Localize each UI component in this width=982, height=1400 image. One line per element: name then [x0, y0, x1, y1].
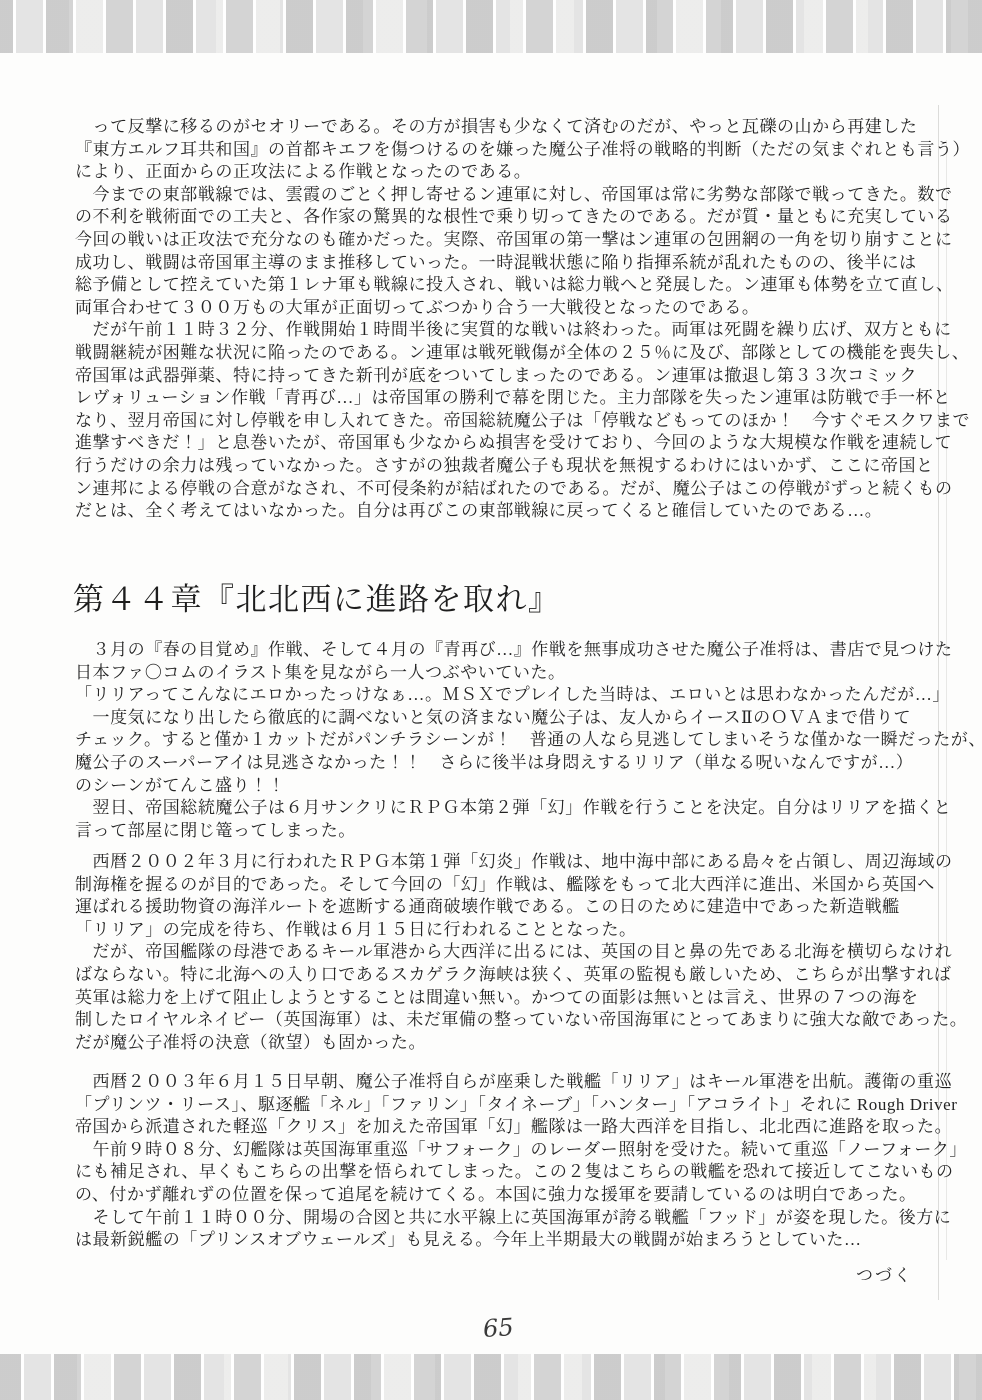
text-line: 今までの東部戦線では、雲霞のごとく押し寄せるン連軍に対し、帝国軍は常に劣勢な部隊…	[75, 184, 935, 207]
text-line: チェック。すると僅か１カットだがパンチラシーンが！ 普通の人なら見逃してしまいそ…	[75, 729, 935, 752]
text-line: 言って部屋に閉じ篭ってしまった。	[75, 820, 935, 843]
text-line: 翌日、帝国総統魔公子は６月サンクリにＲＰＧ本第２弾「幻」作戦を行うことを決定。自…	[75, 797, 935, 820]
top-border-pattern	[0, 0, 982, 53]
text-line: 日本ファ〇コムのイラスト集を見ながら一人つぶやいていた。	[75, 662, 935, 685]
text-line: 両軍合わせて３００万もの大軍が正面切ってぶつかり合う一大戦役となったのである。	[75, 297, 935, 320]
text-line: そして午前１１時００分、開場の合図と共に水平線上に英国海軍が誇る戦艦「フッド」が…	[75, 1207, 935, 1230]
text-line: にも補足され、早くもこちらの出撃を悟られてしまった。この２隻はこちらの戦艦を恐れ…	[75, 1161, 935, 1184]
text-line: 「リリア」の完成を待ち、作戦は６月１５日に行われることとなった。	[75, 919, 935, 942]
text-line: 一度気になり出したら徹底的に調べないと気の済まない魔公子は、友人からイースⅡのＯ…	[75, 707, 935, 730]
text-line: 魔公子のスーパーアイは見逃さなかった！！ さらに後半は身悶えするリリア（単なる呪…	[75, 752, 935, 775]
text-line: 行うだけの余力は残っていなかった。さすがの独裁者魔公子も現状を無視するわけにはい…	[75, 455, 935, 478]
text-line: 英軍は総力を上げて阻止しようとすることは間違い無い。かつての面影は無いとは言え、…	[75, 987, 935, 1010]
text-line: 制したロイヤルネイビー（英国海軍）は、未だ軍備の整っていない帝国海軍にとってあま…	[75, 1009, 935, 1032]
text-line: だが魔公子准将の決意（欲望）も固かった。	[75, 1032, 935, 1055]
body-text-block-3: 西暦２００２年３月に行われたＲＰＧ本第１弾「幻炎」作戦は、地中海中部にある島々を…	[75, 851, 935, 1054]
body-text-block-4: 西暦２００３年６月１５日早朝、魔公子准将自らが座乗した戦艦「リリア」はキール軍港…	[75, 1071, 935, 1252]
text-line: の、付かず離れずの位置を保って追尾を続けてくる。本国に強力な援軍を要請しているの…	[75, 1184, 935, 1207]
text-line: なり、翌月帝国に対し停戦を申し入れてきた。帝国総統魔公子は「停戦などもってのほか…	[75, 410, 935, 433]
text-line: って反撃に移るのがセオリーである。その方が損害も少なくて済むのだが、やっと瓦礫の…	[75, 116, 935, 139]
chapter-heading: 第４４章『北北西に進路を取れ』	[73, 574, 561, 619]
text-line: レヴォリューション作戦「青再び…」は帝国軍の勝利で幕を閉じた。主力部隊を失ったン…	[75, 387, 935, 410]
text-line: により、正面からの正攻法による作戦となったのである。	[75, 161, 935, 184]
text-line: 総予備として控えていた第１レナ軍も戦線に投入され、戦いは総力戦へと発展した。ン連…	[75, 274, 935, 297]
text-line: ３月の『春の目覚め』作戦、そして４月の『青再び…』作戦を無事成功させた魔公子准将…	[75, 639, 935, 662]
text-line: だとは、全く考えてはいなかった。自分は再びこの東部戦線に戻ってくると確信していた…	[75, 500, 935, 523]
text-line: 「リリアってこんなにエロかったっけなぁ…。ＭＳＸでプレイした当時は、エロいとは思…	[75, 684, 935, 707]
text-line: 西暦２００３年６月１５日早朝、魔公子准将自らが座乗した戦艦「リリア」はキール軍港…	[75, 1071, 935, 1094]
page-number: 65	[482, 1313, 514, 1343]
text-line: 今回の戦いは正攻法で充分なのも確かだった。実際、帝国軍の第一撃はン連軍の包囲網の…	[75, 229, 935, 252]
text-line: 成功し、戦闘は帝国軍主導のまま推移していった。一時混戦状態に陥り指揮系統が乱れた…	[75, 252, 935, 275]
text-line: 進撃すべきだ！」と息巻いたが、帝国軍も少なからぬ損害を受けており、今回のような大…	[75, 432, 935, 455]
text-line: 帝国軍は武器弾薬、特に持ってきた新刊が底をついてしまったのである。ン連軍は撤退し…	[75, 365, 935, 388]
text-line: 戦闘継続が困難な状況に陥ったのである。ン連軍は戦死戦傷が全体の２５％に及び、部隊…	[75, 342, 935, 365]
text-line: の不利を戦術面での工夫と、各作家の驚異的な根性で乗り切ってきたのである。だが質・…	[75, 206, 935, 229]
text-line: 西暦２００２年３月に行われたＲＰＧ本第１弾「幻炎」作戦は、地中海中部にある島々を…	[75, 851, 935, 874]
continuation-mark: つづく	[856, 1261, 913, 1286]
text-line: だが、帝国艦隊の母港であるキール軍港から大西洋に出るには、英国の目と鼻の先である…	[75, 941, 935, 964]
text-line: 制海権を握るのが目的であった。そして今回の「幻」作戦は、艦隊をもって北大西洋に進…	[75, 874, 935, 897]
text-line: のシーンがてんこ盛り！！	[75, 775, 935, 798]
text-line: 「プリンツ・リース」、駆逐艦「ネル」「ファリン」「タイネーブ」「ハンター」「アコ…	[75, 1094, 935, 1117]
text-line: 午前９時０８分、幻艦隊は英国海軍重巡「サフォーク」のレーダー照射を受けた。続いて…	[75, 1139, 935, 1162]
text-line: 運ばれる援助物資の海洋ルートを遮断する通商破壊作戦である。この日のために建造中で…	[75, 896, 935, 919]
body-text-block-2: ３月の『春の目覚め』作戦、そして４月の『青再び…』作戦を無事成功させた魔公子准将…	[75, 639, 935, 842]
text-line: ばならない。特に北海への入り口であるスカゲラク海峡は狭く、英軍の監視も厳しいため…	[75, 964, 935, 987]
text-line: 『東方エルフ耳共和国』の首都キエフを傷つけるのを嫌った魔公子准将の戦略的判断（た…	[75, 139, 935, 162]
text-line: だが午前１１時３２分、作戦開始１時間半後に実質的な戦いは終わった。両軍は死闘を繰…	[75, 319, 935, 342]
text-line: ン連邦による停戦の合意がなされ、不可侵条約が結ばれたのである。だが、魔公子はこの…	[75, 478, 935, 501]
text-line: は最新鋭艦の「プリンスオブウェールズ」も見える。今年上半期最大の戦闘が始まろうと…	[75, 1229, 935, 1252]
text-line: 帝国から派遣された軽巡「クリス」を加えた帝国軍「幻」艦隊は一路大西洋を目指し、北…	[75, 1116, 935, 1139]
bottom-border-pattern	[0, 1354, 982, 1400]
body-text-block-1: って反撃に移るのがセオリーである。その方が損害も少なくて済むのだが、やっと瓦礫の…	[75, 116, 935, 523]
